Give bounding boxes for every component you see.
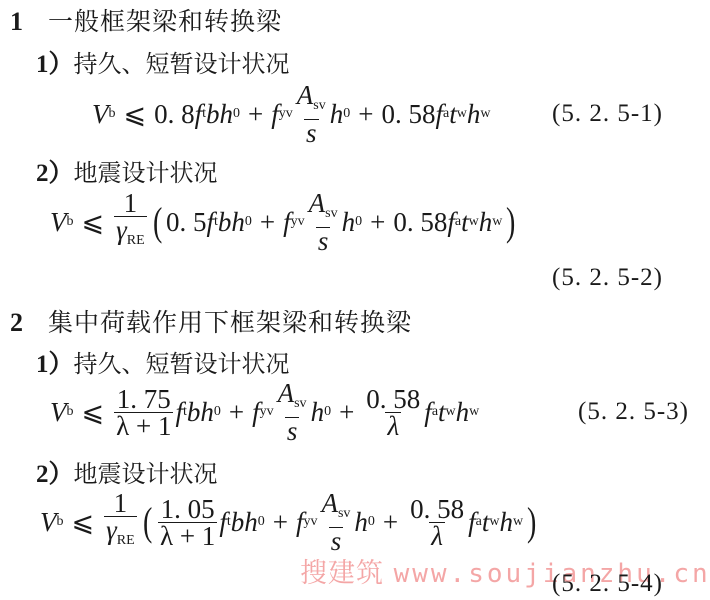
sub: b — [67, 404, 74, 420]
var-f: f — [219, 507, 227, 538]
case-number: 1） — [36, 351, 74, 378]
var-b: b — [231, 507, 245, 538]
sub: 0 — [258, 514, 265, 530]
sub: 0 — [343, 106, 350, 122]
var-v: V — [50, 397, 67, 428]
left-paren: ( — [153, 202, 162, 242]
right-paren: ) — [527, 502, 536, 542]
numerator: 1. 05 — [159, 496, 217, 522]
sub: 0 — [324, 404, 331, 420]
sub: sv — [325, 206, 337, 221]
var-a: A — [321, 488, 338, 518]
sub: 0 — [233, 106, 240, 122]
sub: RE — [127, 233, 145, 248]
var-v: V — [50, 207, 67, 238]
var-h: h — [456, 397, 470, 428]
var-h: h — [467, 99, 481, 130]
equation-5-2-5-1: Vb ⩽ 0. 8 ft bh0 + fyv Asv s h0 + 0. 58 … — [92, 82, 490, 146]
var-f: f — [424, 397, 432, 428]
leq-symbol: ⩽ — [82, 397, 105, 428]
var-f: f — [296, 507, 304, 538]
fraction-asv-s: Asv s — [319, 490, 352, 554]
plus-symbol: + — [383, 507, 398, 538]
fraction-058-lambda: 0. 58 λ — [408, 496, 466, 549]
coefficient: 0. 5 — [166, 207, 207, 238]
var-h: h — [354, 507, 368, 538]
var-f: f — [175, 397, 183, 428]
var-s: s — [331, 526, 342, 556]
equation-5-2-5-2: Vb ⩽ 1 γRE ( 0. 5 ft bh0 + fyv Asv s h0 … — [50, 190, 520, 254]
left-paren: ( — [143, 502, 152, 542]
fraction-1-gamma: 1 γRE — [114, 190, 147, 254]
case-number: 2） — [36, 160, 74, 187]
var-h: h — [200, 397, 214, 428]
var-h: h — [231, 207, 245, 238]
case-title: 持久、短暂设计状况 — [74, 50, 290, 78]
fraction-058-lambda: 0. 58 λ — [364, 386, 422, 439]
fraction-asv-s: Asv s — [276, 380, 309, 444]
sub: sv — [313, 98, 325, 113]
var-h: h — [479, 207, 493, 238]
var-lambda: λ — [387, 411, 399, 441]
sub: RE — [117, 533, 135, 548]
leq-symbol: ⩽ — [124, 99, 147, 130]
sub: b — [67, 214, 74, 230]
numerator: 1 — [122, 190, 140, 216]
watermark-site-name: 搜建筑 — [300, 558, 384, 589]
case-2-1-heading: 1）持久、短暂设计状况 — [36, 344, 290, 380]
sub: 0 — [368, 514, 375, 530]
plus-symbol: + — [248, 99, 263, 130]
var-gamma: γ — [106, 515, 117, 545]
var-a: A — [278, 378, 295, 408]
denominator: λ + 1 — [158, 522, 217, 549]
section-title: 集中荷载作用下框架梁和转换梁 — [48, 308, 412, 337]
sub: w — [489, 514, 499, 530]
case-title: 地震设计状况 — [74, 159, 218, 187]
sub: w — [480, 106, 490, 122]
var-gamma: γ — [116, 215, 127, 245]
sub: w — [513, 514, 523, 530]
var-s: s — [318, 226, 329, 256]
section-number: 2 — [10, 308, 48, 338]
section-title: 一般框架梁和转换梁 — [48, 7, 282, 36]
right-paren: ) — [506, 202, 515, 242]
equation-number: (5. 2. 5-4) — [552, 570, 663, 598]
var-b: b — [187, 397, 201, 428]
sub: sv — [294, 396, 306, 411]
var-h: h — [330, 99, 344, 130]
var-f: f — [447, 207, 455, 238]
leq-symbol: ⩽ — [82, 207, 105, 238]
sub: b — [109, 106, 116, 122]
sub: b — [57, 514, 64, 530]
sub: yv — [291, 214, 305, 230]
case-1-1-heading: 1）持久、短暂设计状况 — [36, 44, 290, 80]
equation-number: (5. 2. 5-2) — [552, 264, 663, 292]
equation-5-2-5-4: Vb ⩽ 1 γRE ( 1. 05 λ + 1 ft bh0 + fyv As… — [40, 490, 540, 554]
sub: yv — [303, 514, 317, 530]
var-s: s — [306, 118, 317, 148]
var-f: f — [271, 99, 279, 130]
var-h: h — [500, 507, 514, 538]
var-v: V — [92, 99, 109, 130]
plus-symbol: + — [260, 207, 275, 238]
case-title: 地震设计状况 — [74, 460, 218, 488]
numerator: 0. 58 — [408, 496, 466, 522]
sub: yv — [279, 106, 293, 122]
var-a: A — [297, 80, 314, 110]
fraction-1-gamma: 1 γRE — [104, 490, 137, 554]
sub: 0 — [245, 214, 252, 230]
case-number: 2） — [36, 461, 74, 488]
numerator: 0. 58 — [364, 386, 422, 412]
plus-symbol: + — [339, 397, 354, 428]
section-1-heading: 1一般框架梁和转换梁 — [10, 2, 282, 38]
plus-symbol: + — [358, 99, 373, 130]
sub: w — [457, 106, 467, 122]
var-f: f — [252, 397, 260, 428]
var-f: f — [468, 507, 476, 538]
sub: 0 — [355, 214, 362, 230]
fraction-asv-s: Asv s — [307, 190, 340, 254]
var-f: f — [435, 99, 443, 130]
var-t: t — [449, 99, 457, 130]
section-2-heading: 2集中荷载作用下框架梁和转换梁 — [10, 303, 412, 339]
equation-number: (5. 2. 5-1) — [552, 100, 663, 128]
case-2-2-heading: 2）地震设计状况 — [36, 454, 218, 490]
fraction-105: 1. 05 λ + 1 — [158, 496, 217, 549]
var-h: h — [342, 207, 356, 238]
var-s: s — [287, 416, 298, 446]
sub: w — [469, 214, 479, 230]
var-t: t — [461, 207, 469, 238]
section-number: 1 — [10, 7, 48, 37]
equation-number: (5. 2. 5-3) — [578, 398, 689, 426]
equation-5-2-5-3: Vb ⩽ 1. 75 λ + 1 ft bh0 + fyv Asv s h0 +… — [50, 380, 479, 444]
var-h: h — [311, 397, 325, 428]
fraction-175: 1. 75 λ + 1 — [114, 386, 173, 439]
plus-symbol: + — [273, 507, 288, 538]
var-b: b — [206, 99, 220, 130]
var-b: b — [218, 207, 232, 238]
var-f: f — [195, 99, 203, 130]
leq-symbol: ⩽ — [72, 507, 95, 538]
denominator: λ + 1 — [114, 412, 173, 439]
fraction-asv-s: Asv s — [295, 82, 328, 146]
var-t: t — [438, 397, 446, 428]
var-lambda: λ — [431, 521, 443, 551]
var-a: A — [309, 188, 326, 218]
case-1-2-heading: 2）地震设计状况 — [36, 153, 218, 189]
coefficient: 0. 8 — [154, 99, 195, 130]
coefficient: 0. 58 — [381, 99, 435, 130]
sub: w — [469, 404, 479, 420]
var-f: f — [283, 207, 291, 238]
sub: w — [446, 404, 456, 420]
numerator: 1. 75 — [115, 386, 173, 412]
sub: 0 — [214, 404, 221, 420]
coefficient: 0. 58 — [393, 207, 447, 238]
sub: yv — [260, 404, 274, 420]
var-h: h — [244, 507, 258, 538]
sub: w — [492, 214, 502, 230]
case-number: 1） — [36, 51, 74, 78]
var-h: h — [220, 99, 234, 130]
sub: sv — [338, 506, 350, 521]
var-f: f — [206, 207, 214, 238]
numerator: 1 — [112, 490, 130, 516]
plus-symbol: + — [229, 397, 244, 428]
var-t: t — [482, 507, 490, 538]
var-v: V — [40, 507, 57, 538]
case-title: 持久、短暂设计状况 — [74, 350, 290, 378]
plus-symbol: + — [370, 207, 385, 238]
